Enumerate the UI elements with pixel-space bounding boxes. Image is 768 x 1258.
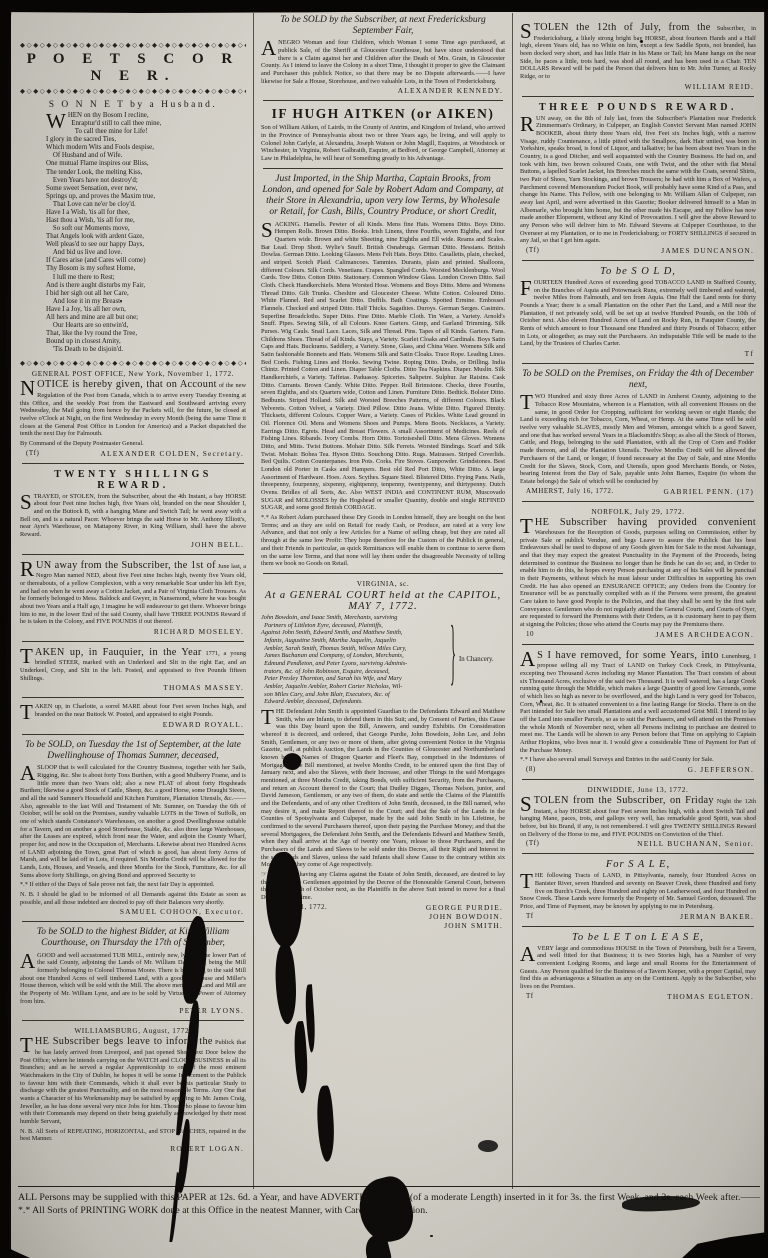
ad-body: THE Defendant John Smith is appointed Gu…	[261, 708, 505, 869]
drop-cap: R	[20, 560, 36, 578]
section-rule	[22, 554, 244, 555]
ad-section: To be SOLD by the Subscriber, at next Fr…	[261, 15, 505, 95]
ad-lead: S I have removed, for some Years, into	[537, 650, 719, 661]
ad-lead: TOLEN the 12th of July, from the	[534, 22, 711, 33]
ad-lead: HE Subscriber having provided convenient	[535, 517, 756, 528]
ad-section: ◆◇◆◇◆◇◆◇◆◇◆◇◆◇◆◇◆◇◆◇◆◇◆◇◆◇◆◇◆◇◆◇◆◇◆◇◆◇◆◇…	[20, 359, 246, 457]
signature: JAMES DUNCANSON.	[539, 246, 754, 255]
ad-title: Just Imported, in the Ship Martha, Capta…	[261, 174, 505, 219]
section-rule	[522, 363, 754, 364]
dateline: WILLIAMSBURG, August, 1772.	[20, 1026, 246, 1035]
signature: WILLIAM REID.	[526, 82, 754, 91]
ad-body: WHEN on thy Bosom I recline, Enraptur'd …	[46, 112, 246, 354]
signature: SAMUEL COHOON, Executor.	[26, 907, 244, 916]
signature-row: (Tf)ALEXANDER COLDEN, Secretary.	[26, 449, 244, 458]
ad-body-text: OURTEEN Hundred Acres of exceeding good …	[520, 279, 756, 347]
ad-body: NOTICE is hereby given, that on Account …	[20, 379, 246, 438]
ad-body: AS I have removed, for some Years, into …	[520, 650, 756, 755]
signature-row: Tf	[526, 349, 754, 358]
signature-row: TfTHOMAS EGLETON.	[526, 992, 754, 1001]
ad-body: STOLEN the 12th of July, from the Subscr…	[520, 22, 756, 81]
ad-note: *.* I have also several small Surveys an…	[520, 756, 756, 764]
ad-body-text: ACKING. Hamells. Pewter of all Kinds. Me…	[261, 221, 505, 512]
section-rule	[263, 573, 503, 574]
drop-cap: T	[520, 393, 535, 411]
drop-cap: N	[20, 379, 37, 397]
ad-section: WILLIAMSBURG, August, 1772.THE Subscribe…	[20, 1020, 246, 1153]
signature: THOMAS MASSEY.	[26, 683, 244, 692]
signature: Tf	[526, 349, 754, 358]
drop-cap: F	[520, 279, 534, 297]
signature-row: AMHERST, July 16, 1772.GABRIEL PENN. (17…	[526, 487, 754, 496]
chancery-parties: John Bowdoin, and Isaac Smith, Merchants…	[261, 614, 449, 706]
section-rule	[522, 96, 754, 97]
ad-body-text: Publick that he has lately arrived from …	[20, 1039, 246, 1125]
signature: JOHN BELL.	[26, 540, 244, 549]
ad-body: AGOOD and well accustomed TUB MILL, enti…	[20, 952, 246, 1006]
signature: GABRIEL PENN. (17)	[614, 487, 754, 496]
ad-note: *.* As Robert Adam purchased these Dry G…	[261, 514, 505, 568]
ad-note: By Command of the Deputy Postmaster Gene…	[20, 440, 246, 448]
ad-section: TAKEN up, in Fauquier, in the Year 1771,…	[20, 641, 246, 693]
drop-cap: R	[520, 115, 536, 133]
signature: PETER LYONS.	[26, 1006, 244, 1015]
ad-body: TWO Hundred and sixty three Acres of LAN…	[520, 393, 756, 485]
signature-left: (8)	[526, 765, 536, 773]
ad-body: RUN away from the Subscriber, the 1st of…	[20, 560, 246, 626]
ad-section: STOLEN the 12th of July, from the Subscr…	[520, 22, 756, 91]
signature-row: EDWARD ROYALL.	[35, 720, 244, 729]
drop-cap: S	[520, 22, 534, 40]
ad-section: Just Imported, in the Ship Martha, Capta…	[261, 168, 505, 568]
ad-title: To be SOLD by the Subscriber, at next Fr…	[261, 15, 505, 37]
drop-cap: T	[261, 708, 276, 726]
ad-title: TWENTY SHILLINGS REWARD.	[20, 469, 246, 491]
ad-body-text: HE following Tracts of LAND, in Pittsylv…	[520, 872, 756, 910]
ad-body-text: GOOD and well accustomed TUB MILL, entir…	[20, 952, 246, 1005]
section-rule	[22, 921, 244, 922]
ad-section: RUN away from the Subscriber, the 1st of…	[20, 554, 246, 636]
ad-body-text: Son of William Aitken, of Lairds, in the…	[261, 124, 505, 162]
section-rule	[522, 926, 754, 927]
signature: ALEXANDER COLDEN, Secretary.	[39, 449, 244, 458]
ad-body-text: SLOOP that is well calculated for the Co…	[20, 764, 246, 878]
drop-cap: T	[20, 647, 35, 665]
ad-section: IF HUGH AITKEN (or AIKEN)Son of William …	[261, 100, 505, 162]
ad-note: N. B. All Sorts of REPEATING, HORIZONTAL…	[20, 1128, 246, 1143]
ad-body: ANEGRO Woman and four Children, which Wo…	[261, 39, 505, 85]
ad-section: For S A L E,THE following Tracts of LAND…	[520, 853, 756, 920]
ad-title: To be SOLD on the Premises, on Friday th…	[520, 369, 756, 391]
ornament-divider: ◆◇◆◇◆◇◆◇◆◇◆◇◆◇◆◇◆◇◆◇◆◇◆◇◆◇◆◇◆◇◆◇◆◇◆◇◆◇◆◇…	[20, 359, 246, 367]
dateline: NORFOLK, July 29, 1772.	[520, 507, 756, 516]
ad-section: TAKEN up, in Charlotte, a sorrel MARE ab…	[20, 697, 246, 728]
ad-section: AS I have removed, for some Years, into …	[520, 644, 756, 774]
column-left: ◆◇◆◇◆◇◆◇◆◇◆◇◆◇◆◇◆◇◆◇◆◇◆◇◆◇◆◇◆◇◆◇◆◇◆◇◆◇◆◇…	[13, 13, 253, 1189]
dateline: GENERAL POST OFFICE, New York, November …	[20, 369, 246, 378]
ad-body-text: VERY large and commodious HOUSE in the T…	[520, 945, 756, 990]
signature: JERMAN BAKER.	[534, 912, 754, 921]
drop-cap: T	[520, 872, 535, 890]
ink-speck	[430, 1235, 433, 1237]
signature-row: ALEXANDER KENNEDY.	[267, 86, 503, 95]
ad-section: THREE POUNDS REWARD.RUN away, on the 8th…	[520, 96, 756, 255]
drop-cap: S	[520, 795, 534, 813]
section-rule	[22, 463, 244, 464]
ad-body-text: HEN on thy Bosom I recline, Enraptur'd s…	[46, 112, 161, 353]
signature-block: GEORGE PURDIE. JOHN BOWDOIN. JOHN SMITH.	[426, 903, 503, 931]
signature: THOMAS EGLETON.	[534, 992, 754, 1001]
section-rule	[522, 644, 754, 645]
ad-section: NORFOLK, July 29, 1772.THE Subscriber ha…	[520, 501, 756, 639]
ad-body: THE following Tracts of LAND, in Pittsyl…	[520, 872, 756, 910]
signature: G. JEFFERSON.	[536, 765, 754, 774]
ad-body-text: NEGRO Woman and four Children, which Wom…	[261, 39, 505, 84]
signature-row: TfJERMAN BAKER.	[526, 912, 754, 921]
signature: ALEXANDER KENNEDY.	[267, 86, 503, 95]
ad-title: IF HUGH AITKEN (or AIKEN)	[261, 106, 505, 122]
drop-cap: A	[261, 39, 278, 57]
drop-cap: S	[20, 493, 34, 511]
ad-body-text: WO Hundred and sixty three Acres of LAND…	[520, 393, 756, 484]
ad-body: STRAYED, or STOLEN, from the Subscriber,…	[20, 493, 246, 539]
ad-section: To be SOLD to the highest Bidder, at Kin…	[20, 921, 246, 1015]
newspaper-page: ◆◇◆◇◆◇◆◇◆◇◆◇◆◇◆◇◆◇◆◇◆◇◆◇◆◇◆◇◆◇◆◇◆◇◆◇◆◇◆◇…	[0, 0, 768, 1258]
ad-note: *.* If either of the Days of Sale prove …	[20, 881, 246, 889]
ad-body: THE Subscriber begs leave to inform the …	[20, 1036, 246, 1125]
section-rule	[22, 734, 244, 735]
ad-section: To be L E T on L E A S E,AVERY large and…	[520, 926, 756, 1001]
ad-body-text: Subscriber, in Fredericksburg, a likely …	[520, 25, 756, 80]
ad-body: ASLOOP that is well calculated for the C…	[20, 764, 246, 879]
ad-note: N. B. I should be glad to be informed of…	[20, 891, 246, 906]
ornament-divider: ◆◇◆◇◆◇◆◇◆◇◆◇◆◇◆◇◆◇◆◇◆◇◆◇◆◇◆◇◆◇◆◇◆◇◆◇◆◇◆◇…	[20, 41, 246, 49]
signature-left: AMHERST, July 16, 1772.	[526, 487, 614, 495]
signature-left: Tf	[526, 912, 534, 920]
section-rule	[263, 168, 503, 169]
signature-left: (Tf)	[526, 246, 539, 254]
ad-body: STOLEN from the Subscriber, on Friday Ni…	[520, 795, 756, 838]
ad-body-text: UN away, on the 8th of July last, from t…	[520, 115, 756, 245]
ad-body: AVERY large and commodious HOUSE in the …	[520, 945, 756, 991]
drop-cap: S	[261, 221, 275, 239]
ad-lead: AKEN up, in Fauquier, in the Year	[35, 647, 202, 658]
ad-body-text: Warehouses for the Reception of Goods, p…	[520, 529, 756, 628]
ad-title: P O E T S C O R N E R.	[20, 51, 246, 85]
ornament-divider: ◆◇◆◇◆◇◆◇◆◇◆◇◆◇◆◇◆◇◆◇◆◇◆◇◆◇◆◇◆◇◆◇◆◇◆◇◆◇◆◇…	[20, 87, 246, 95]
signature-row: 10JAMES ARCHDEACON.	[526, 630, 754, 639]
signature: ROBERT LOGAN.	[26, 1144, 244, 1153]
signature-row: WILLIAM REID.	[526, 82, 754, 91]
drop-cap: A	[20, 952, 37, 970]
signature-row: AUGUST 1, 1772.GEORGE PURDIE. JOHN BOWDO…	[267, 903, 503, 931]
ad-body: FOURTEEN Hundred Acres of exceeding good…	[520, 279, 756, 348]
ad-body: SACKING. Hamells. Pewter of all Kinds. M…	[261, 221, 505, 513]
ad-title: S O N N E T by a Husband.	[20, 100, 246, 110]
ad-section: To be SOLD, on Tuesday the 1st of Septem…	[20, 734, 246, 917]
ad-section: S O N N E T by a Husband.WHEN on thy Bos…	[20, 100, 246, 354]
ad-section: TWENTY SHILLINGS REWARD.STRAYED, or STOL…	[20, 463, 246, 549]
column-middle: To be SOLD by the Subscriber, at next Fr…	[253, 13, 513, 1189]
ad-title: For S A L E,	[520, 859, 756, 870]
signature: NEILL BUCHANAN, Senior.	[539, 839, 754, 848]
ad-body-text: June last, a Negro Man named NED, about …	[20, 563, 246, 626]
ink-speck	[540, 700, 542, 703]
drop-cap: T	[20, 703, 35, 721]
ad-body-text: of the new Regulation of the Post from C…	[20, 382, 246, 437]
signature-row: ROBERT LOGAN.	[26, 1144, 244, 1153]
ad-section: ◆◇◆◇◆◇◆◇◆◇◆◇◆◇◆◇◆◇◆◇◆◇◆◇◆◇◆◇◆◇◆◇◆◇◆◇◆◇◆◇…	[20, 41, 246, 95]
signature-left: (Tf)	[526, 839, 539, 847]
chancery-label: In Chancery.	[457, 656, 505, 663]
ad-body-text: TRAYED, or STOLEN, from the Subscriber, …	[20, 493, 246, 538]
ad-body: TAKEN up, in Fauquier, in the Year 1771,…	[20, 647, 246, 683]
signature: RICHARD MOSELEY.	[26, 627, 244, 636]
ad-body: RUN away, on the 8th of July last, from …	[520, 115, 756, 245]
ad-body-text: HE Defendant John Smith is appointed Gua…	[261, 708, 505, 868]
signature-left: 10	[526, 630, 534, 638]
ad-body-text: AKEN up, in Charlotte, a sorrel MARE abo…	[35, 703, 246, 718]
ad-section: DINWIDDIE, June 13, 1772.STOLEN from the…	[520, 779, 756, 848]
ad-title: To be SOLD to the highest Bidder, at Kin…	[20, 927, 246, 949]
section-rule	[22, 697, 244, 698]
dateline: DINWIDDIE, June 13, 1772.	[520, 785, 756, 794]
signature-left: (Tf)	[26, 449, 39, 457]
section-rule	[22, 641, 244, 642]
signature-row: SAMUEL COHOON, Executor.	[26, 907, 244, 916]
drop-cap: A	[520, 945, 537, 963]
signature-row: PETER LYONS.	[26, 1006, 244, 1015]
chancery-brace: }	[449, 618, 456, 701]
signature-left: Tf	[526, 992, 534, 1000]
drop-cap: T	[20, 1036, 35, 1054]
ad-title: To be S O L D,	[520, 266, 756, 277]
ad-section: To be S O L D,FOURTEEN Hundred Acres of …	[520, 260, 756, 358]
ad-title: At a GENERAL COURT held at the CAPITOL, …	[261, 590, 505, 612]
ink-blot	[478, 1140, 498, 1152]
ad-title: To be L E T on L E A S E,	[520, 932, 756, 943]
ad-body: Son of William Aitken, of Lairds, in the…	[261, 124, 505, 162]
ink-speck	[120, 300, 122, 302]
drop-cap: A	[20, 764, 37, 782]
signature: JAMES ARCHDEACON.	[534, 630, 754, 639]
ad-lead: OTICE is hereby given, that on Account	[37, 379, 217, 390]
ink-speck	[640, 40, 643, 43]
ad-title: To be SOLD, on Tuesday the 1st of Septem…	[20, 740, 246, 762]
section-rule	[263, 100, 503, 101]
signature-row: (Tf)NEILL BUCHANAN, Senior.	[526, 839, 754, 848]
section-rule	[22, 1020, 244, 1021]
column-right: STOLEN the 12th of July, from the Subscr…	[513, 13, 763, 1189]
drop-cap: A	[520, 650, 537, 668]
ad-section: To be SOLD on the Premises, on Friday th…	[520, 363, 756, 495]
ad-body: TAKEN up, in Charlotte, a sorrel MARE ab…	[20, 703, 246, 718]
ad-lead: TOLEN from the Subscriber, on Friday	[534, 795, 714, 806]
ad-body: THE Subscriber having provided convenien…	[520, 517, 756, 629]
signature-row: (Tf)JAMES DUNCANSON.	[526, 246, 754, 255]
section-rule	[522, 260, 754, 261]
columns-container: ◆◇◆◇◆◇◆◇◆◇◆◇◆◇◆◇◆◇◆◇◆◇◆◇◆◇◆◇◆◇◆◇◆◇◆◇◆◇◆◇…	[13, 13, 763, 1189]
ad-lead: UN away from the Subscriber, the 1st of	[36, 560, 216, 571]
ad-lead: HE Subscriber begs leave to inform the	[35, 1036, 213, 1047]
chancery-parties-row: John Bowdoin, and Isaac Smith, Merchants…	[261, 614, 505, 706]
signature: EDWARD ROYALL.	[35, 720, 244, 729]
dateline: VIRGINIA, sc.	[261, 579, 505, 588]
section-rule	[522, 501, 754, 502]
signature-row: (8)G. JEFFERSON.	[526, 765, 754, 774]
section-rule	[522, 853, 754, 854]
signature-row: THOMAS MASSEY.	[26, 683, 244, 692]
ad-body-text: Lunenburg, I propose selling all my Trac…	[520, 653, 756, 754]
ad-title: THREE POUNDS REWARD.	[520, 102, 756, 113]
signature-row: JOHN BELL.	[26, 540, 244, 549]
scan-edge-right	[764, 0, 768, 1258]
signature-row: RICHARD MOSELEY.	[26, 627, 244, 636]
drop-cap: T	[520, 517, 535, 535]
section-rule	[522, 779, 754, 780]
drop-cap: W	[46, 112, 68, 130]
